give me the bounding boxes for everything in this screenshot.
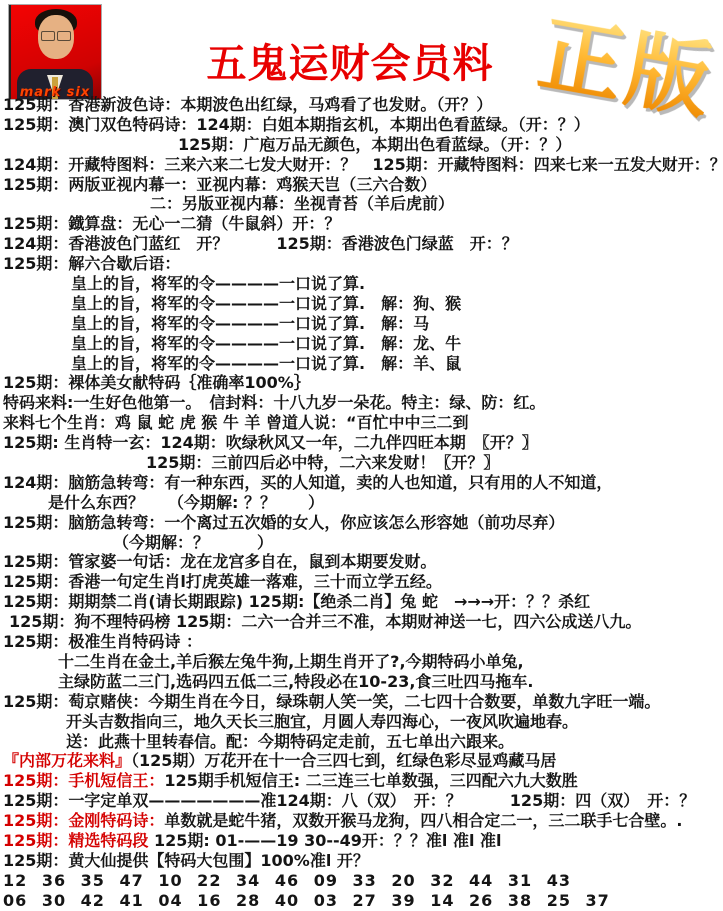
text-segment: 125期：期期禁二肖(请长期跟踪) 125期:【绝杀二肖】兔 蛇 →→→开：？？… [3, 592, 590, 611]
text-segment: 皇上的旨，将军的令————一口说了算. [71, 274, 365, 293]
text-segment: 125期：香港一句定生肖l打虎英雄一落难，三十而立学五经。 [3, 572, 442, 591]
text-segment: 125期：香港新波色诗：本期波色出红绿，马鸡看了也发财。（开？） [3, 95, 492, 114]
text-line: 皇上的旨，将军的令————一口说了算. [71, 274, 723, 294]
text-line: 十二生肖在金土,羊后猴左兔牛狗,上期生肖开了?,今期特码小单兔, [58, 652, 723, 672]
text-segment: 送：此燕十里转春信。配：今期特码定走前，五七单出六跟来。 [66, 732, 514, 751]
text-line: 124期：开藏特图料：三来六来二七发大财开：？ 125期：开藏特图料：四来七来一… [3, 155, 723, 175]
text-line: 125期：香港新波色诗：本期波色出红绿，马鸡看了也发财。（开？） [3, 95, 723, 115]
text-segment: 开头吉数指向三，地久天长三胞宜，月圆人寿四海心，一夜风吹遍地春。 [66, 712, 578, 731]
text-line: 125期：极准生肖特码诗 ： [3, 632, 723, 652]
text-segment: 皇上的旨，将军的令————一口说了算. 解：马 [71, 314, 429, 333]
text-line: 125期：香港一句定生肖l打虎英雄一落难，三十而立学五经。 [3, 572, 723, 592]
text-segment: 125期手机短信王: 二三连三七单数强，三四配六九大数胜 [164, 771, 577, 790]
text-segment: 125期：解六合歇后语： [3, 254, 180, 273]
text-segment: 单数就是蛇牛猪，双数开猴马龙狗，四八相合定二一，三二联手七合壁。. [164, 811, 682, 830]
text-line: （今期解：？ ） [113, 533, 723, 553]
text-line: 皇上的旨，将军的令————一口说了算. 解：马 [71, 314, 723, 334]
text-line: 125期：精选特码段 125期: 01-——19 30--49开：？？准l 准l… [3, 831, 723, 851]
text-segment: 125期：一字定单双———————准124期：八（双） 开：？ 125期：四（双… [3, 791, 695, 810]
text-segment: 主绿防蓝二三门,选码四五低二三,特段必在10-23,食三吐四马拖车. [58, 672, 534, 691]
text-segment: 125期：裸体美女献特码｛准确率100%｝ [3, 373, 310, 392]
text-line: 开头吉数指向三，地久天长三胞宜，月圆人寿四海心，一夜风吹遍地春。 [66, 712, 723, 732]
text-segment: 125期：脑筋急转弯：一个离过五次婚的女人，你应该怎么形容她（前功尽弃） [3, 513, 564, 532]
text-line: 125期：广庖万品无颜色，本期出色看蓝绿。（开：？） [178, 135, 723, 155]
text-segment: 125期：黄大仙提供【特码大包围】100%准l 开？ [3, 851, 369, 870]
text-line: 送：此燕十里转春信。配：今期特码定走前，五七单出六跟来。 [66, 732, 723, 752]
number-row: 12 36 35 47 10 22 34 46 09 33 20 32 44 3… [3, 871, 723, 891]
text-line: 125期：狗不理特码榜 125期：二六一合并三不准，本期财神送一七，四六公成送八… [9, 612, 723, 632]
text-segment: 125期: 生肖特一玄：124期：吹绿秋风又一年，二九伴四旺本期 〖开？〗 [3, 433, 538, 452]
text-segment: （今期解：？ ） [113, 533, 273, 552]
text-line: 主绿防蓝二三门,选码四五低二三,特段必在10-23,食三吐四马拖车. [58, 672, 723, 692]
text-segment: 来料七个生肖：鸡 鼠 蛇 虎 猴 牛 羊 曾道人说：“百忙中中三二到 [3, 413, 469, 432]
text-line: 皇上的旨，将军的令————一口说了算. 解：狗、猴 [71, 294, 723, 314]
text-segment: 『内部万花来料』 [3, 751, 131, 770]
text-line: 125期：三前四后必中特，二六来发财！〖开？〗 [146, 453, 723, 473]
text-line: 二：另版亚视内幕：坐视青苔（羊后虎前） [150, 194, 723, 214]
text-segment: 二：另版亚视内幕：坐视青苔（羊后虎前） [150, 194, 454, 213]
text-segment: 125期：萄京赌侠：今期生肖在今日，绿珠朝人笑一笑，二七四十合数要，单数九字旺一… [3, 692, 660, 711]
page-title: 五鬼运财会员料 [168, 32, 532, 89]
text-segment: 十二生肖在金土,羊后猴左兔牛狗,上期生肖开了?,今期特码小单兔, [58, 652, 524, 671]
text-line: 来料七个生肖：鸡 鼠 蛇 虎 猴 牛 羊 曾道人说：“百忙中中三二到 [3, 413, 723, 433]
text-lines: 125期：香港新波色诗：本期波色出红绿，马鸡看了也发财。（开？）125期：澳门双… [3, 95, 723, 911]
text-line: 125期：裸体美女献特码｛准确率100%｝ [3, 373, 723, 393]
text-line: 『内部万花来料』（125期）万花开在十一合三四七到，红绿色彩尽显鸡藏马居 [3, 751, 723, 771]
text-line: 特码来料:一生好色他第一。 信封料：十八九岁一朵花。特主：绿、防：红。 [3, 393, 723, 413]
tip-sheet-page: mark six 五鬼运财会员料 正版 125期：香港新波色诗：本期波色出红绿，… [0, 0, 723, 911]
text-line: 125期：萄京赌侠：今期生肖在今日，绿珠朝人笑一笑，二七四十合数要，单数九字旺一… [3, 692, 723, 712]
text-segment: 125期：两版亚视内幕一：亚视内幕：鸡猴天岂（三六合数） [3, 175, 436, 194]
text-line: 皇上的旨，将军的令————一口说了算. 解：羊、鼠 [71, 354, 723, 374]
text-line: 125期：黄大仙提供【特码大包围】100%准l 开？ [3, 851, 723, 871]
text-segment: 124期：香港波色门蓝红 开？ 125期：香港波色门绿蓝 开：？ [3, 234, 518, 253]
text-line: 是什么东西？ （今期解: ？？ ） [48, 493, 723, 513]
text-line: 125期：金刚特码诗：单数就是蛇牛猪，双数开猴马龙狗，四八相合定二一，三二联手七… [3, 811, 723, 831]
text-segment: 125期：金刚特码诗： [3, 811, 164, 830]
text-line: 124期：脑筋急转弯：有一种东西，买的人知道，卖的人也知道，只有用的人不知道， [3, 473, 723, 493]
text-line: 125期：鐡算盘：无心一二猜（牛鼠斜）开：？ [3, 214, 723, 234]
text-segment: 125期：手机短信王： [3, 771, 164, 790]
text-line: 125期：脑筋急转弯：一个离过五次婚的女人，你应该怎么形容她（前功尽弃） [3, 513, 723, 533]
text-segment: 125期：澳门双色特码诗：124期：白姐本期指玄机，本期出色看蓝绿。（开：？） [3, 115, 590, 134]
text-segment: 皇上的旨，将军的令————一口说了算. 解：狗、猴 [71, 294, 461, 313]
text-segment: 124期：开藏特图料：三来六来二七发大财开：？ 125期：开藏特图料：四来七来一… [3, 155, 723, 174]
text-line: 125期：解六合歇后语： [3, 254, 723, 274]
text-line: 124期：香港波色门蓝红 开？ 125期：香港波色门绿蓝 开：？ [3, 234, 723, 254]
text-segment: 皇上的旨，将军的令————一口说了算. 解：羊、鼠 [71, 354, 461, 373]
text-line: 皇上的旨，将军的令————一口说了算. 解：龙、牛 [71, 334, 723, 354]
text-segment: 125期：狗不理特码榜 125期：二六一合并三不准，本期财神送一七，四六公成送八… [9, 612, 641, 631]
text-segment: 124期：脑筋急转弯：有一种东西，买的人知道，卖的人也知道，只有用的人不知道， [3, 473, 612, 492]
text-segment: （125期）万花开在十一合三四七到，红绿色彩尽显鸡藏马居 [131, 751, 556, 770]
text-segment: 125期：管家婆一句话：龙在龙宫多自在，鼠到本期要发财。 [3, 552, 436, 571]
portrait-photo: mark six [8, 4, 102, 100]
text-line: 125期：手机短信王：125期手机短信王: 二三连三七单数强，三四配六九大数胜 [3, 771, 723, 791]
number-row: 06 30 42 41 04 16 28 40 03 27 39 14 26 3… [3, 891, 723, 911]
text-line: 125期：一字定单双———————准124期：八（双） 开：？ 125期：四（双… [3, 791, 723, 811]
text-segment: 125期：广庖万品无颜色，本期出色看蓝绿。（开：？） [178, 135, 571, 154]
text-line: 125期：澳门双色特码诗：124期：白姐本期指玄机，本期出色看蓝绿。（开：？） [3, 115, 723, 135]
text-segment: 皇上的旨，将军的令————一口说了算. 解：龙、牛 [71, 334, 461, 353]
text-segment: 是什么东西？ （今期解: ？？ ） [48, 493, 324, 512]
portrait-glasses [41, 31, 71, 40]
text-line: 125期：两版亚视内幕一：亚视内幕：鸡猴天岂（三六合数） [3, 175, 723, 195]
text-segment: 125期：精选特码段 [3, 831, 148, 850]
text-line: 125期：期期禁二肖(请长期跟踪) 125期:【绝杀二肖】兔 蛇 →→→开：？？… [3, 592, 723, 612]
text-segment: 特码来料:一生好色他第一。 信封料：十八九岁一朵花。特主：绿、防：红。 [3, 393, 545, 412]
text-segment: 125期：极准生肖特码诗 ： [3, 632, 202, 651]
text-segment: 125期：三前四后必中特，二六来发财！〖开？〗 [146, 453, 499, 472]
text-line: 125期：管家婆一句话：龙在龙宫多自在，鼠到本期要发财。 [3, 552, 723, 572]
text-segment: 125期: 01-——19 30--49开：？？准l 准l 准l [148, 831, 501, 850]
text-segment: 125期：鐡算盘：无心一二猜（牛鼠斜）开：？ [3, 214, 340, 233]
text-line: 125期: 生肖特一玄：124期：吹绿秋风又一年，二九伴四旺本期 〖开？〗 [3, 433, 723, 453]
